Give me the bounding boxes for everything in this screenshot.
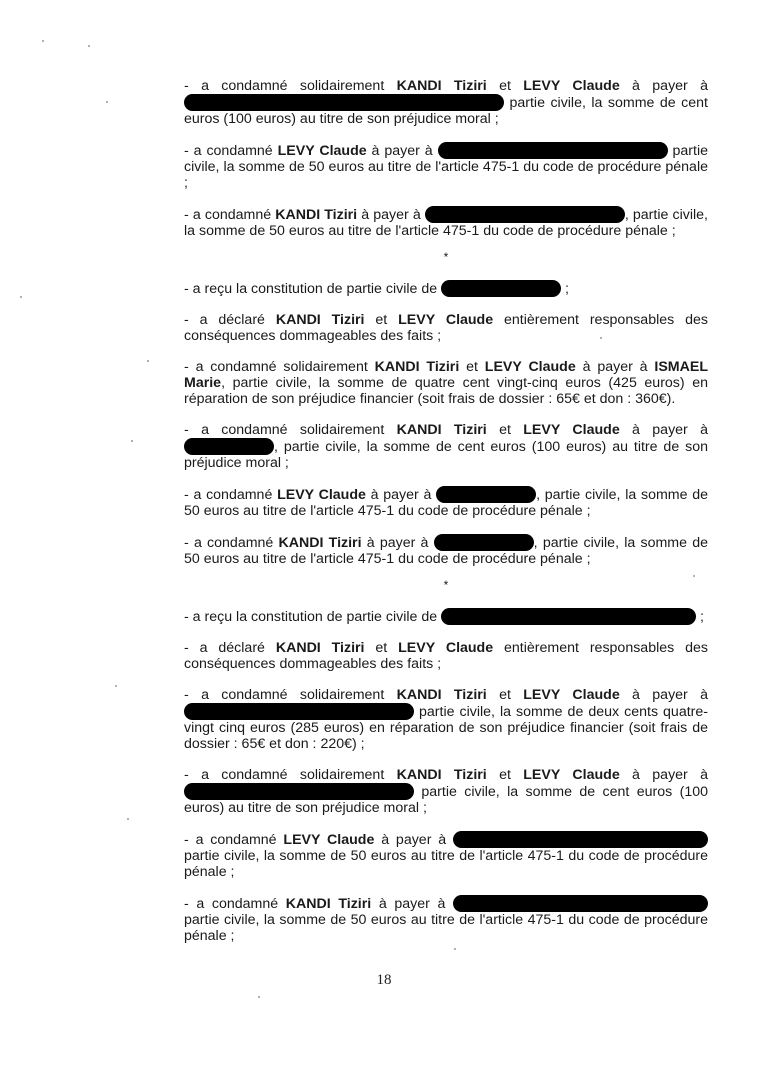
ruling-paragraph: - a reçu la constitution de partie civil… [184,608,708,625]
party-name: LEVY Claude [523,78,619,94]
scan-speck [131,440,133,442]
paragraph-text: à payer à [367,143,438,159]
paragraph-text: et [487,78,524,94]
redacted-name [434,534,534,551]
redacted-name [438,142,668,159]
paragraph-text: - a condamné solidairement [184,78,397,94]
party-name: KANDI Tiziri [397,767,487,783]
scan-speck [454,948,456,950]
paragraph-text: - a déclaré [184,640,276,656]
paragraph-text: partie civile, la somme de 50 euros au t… [184,912,708,944]
party-name: KANDI Tiziri [276,312,365,328]
paragraph-text: - a déclaré [184,312,276,328]
ruling-paragraph: - a condamné solidairement KANDI Tiziri … [184,687,708,752]
party-name: KANDI Tiziri [397,687,487,703]
party-name: LEVY Claude [485,359,576,375]
paragraph-text: - a condamné [184,207,275,223]
paragraph-text: partie civile, la somme de 50 euros au t… [184,848,708,880]
paragraph-text: et [459,359,485,375]
scan-speck [147,360,149,362]
redacted-name [453,895,708,912]
scan-speck [127,818,129,820]
section-separator: * [184,578,708,592]
party-name: KANDI Tiziri [279,535,362,551]
scan-speck [42,40,44,42]
party-name: KANDI Tiziri [276,640,365,656]
paragraph-text: à payer à [371,896,453,912]
ruling-paragraph: - a condamné LEVY Claude à payer à , par… [184,486,708,519]
paragraph-text: à payer à [374,832,453,848]
party-name: LEVY Claude [283,832,374,848]
party-name: LEVY Claude [398,312,493,328]
party-name: LEVY Claude [398,640,493,656]
paragraph-text: et [365,640,399,656]
ruling-paragraph: - a condamné KANDI Tiziri à payer à , pa… [184,206,708,239]
redacted-name [184,438,274,455]
scan-speck [115,685,117,687]
paragraph-text: - a condamné solidairement [184,359,375,375]
redacted-name [184,783,414,800]
redacted-name [441,608,696,625]
paragraph-text: - a condamné [184,143,278,159]
party-name: LEVY Claude [523,422,619,438]
ruling-paragraph: - a déclaré KANDI Tiziri et LEVY Claude … [184,640,708,672]
scan-speck [106,101,108,103]
paragraph-text: à payer à [620,78,708,94]
paragraph-text: - a condamné solidairement [184,687,397,703]
page-number: 18 [0,972,768,989]
scan-speck [88,45,90,47]
paragraph-text: - a condamné [184,896,286,912]
ruling-paragraph: - a condamné LEVY Claude à payer à parti… [184,831,708,880]
paragraph-text: et [487,767,524,783]
document-body: - a condamné solidairement KANDI Tiziri … [184,78,708,959]
paragraph-text: à payer à [576,359,655,375]
paragraph-text: à payer à [620,687,708,703]
party-name: KANDI Tiziri [286,896,371,912]
paragraph-text: - a condamné solidairement [184,767,397,783]
party-name: LEVY Claude [523,687,619,703]
paragraph-text: et [487,687,524,703]
scan-speck [693,575,695,577]
redacted-name [425,206,625,223]
party-name: LEVY Claude [523,767,619,783]
paragraph-text: à payer à [620,767,708,783]
ruling-paragraph: - a condamné solidairement KANDI Tiziri … [184,359,708,407]
scan-speck [258,996,260,998]
scan-speck [20,296,22,298]
scan-speck [600,337,602,339]
paragraph-text: , partie civile, la somme de quatre cent… [184,375,708,407]
paragraph-text: ; [696,609,704,625]
party-name: KANDI Tiziri [397,78,487,94]
paragraph-text: - a reçu la constitution de partie civil… [184,281,441,297]
paragraph-text: à payer à [357,207,425,223]
ruling-paragraph: - a déclaré KANDI Tiziri et LEVY Claude … [184,312,708,344]
paragraph-text: à payer à [366,487,436,503]
ruling-paragraph: - a reçu la constitution de partie civil… [184,280,708,297]
paragraph-text: - a condamné [184,487,277,503]
redacted-name [436,486,536,503]
paragraph-text: - a condamné [184,535,279,551]
paragraph-text: et [487,422,524,438]
party-name: KANDI Tiziri [397,422,487,438]
party-name: LEVY Claude [278,143,367,159]
redacted-name [441,280,561,297]
paragraph-text: à payer à [620,422,708,438]
ruling-paragraph: - a condamné LEVY Claude à payer à parti… [184,142,708,191]
paragraph-text: et [365,312,399,328]
paragraph-text: - a reçu la constitution de partie civil… [184,609,441,625]
redacted-name [184,703,414,720]
paragraph-text: - a condamné [184,832,283,848]
document-page: - a condamné solidairement KANDI Tiziri … [0,0,768,1086]
party-name: KANDI Tiziri [275,207,357,223]
paragraph-text: - a condamné solidairement [184,422,397,438]
paragraph-text: à payer à [362,535,434,551]
redacted-name [184,94,504,111]
paragraph-text: ; [561,281,569,297]
ruling-paragraph: - a condamné solidairement KANDI Tiziri … [184,422,708,471]
section-separator: * [184,250,708,264]
ruling-paragraph: - a condamné solidairement KANDI Tiziri … [184,767,708,816]
party-name: KANDI Tiziri [375,359,460,375]
ruling-paragraph: - a condamné KANDI Tiziri à payer à , pa… [184,534,708,567]
party-name: LEVY Claude [277,487,366,503]
redacted-name [453,831,708,848]
ruling-paragraph: - a condamné KANDI Tiziri à payer à part… [184,895,708,944]
ruling-paragraph: - a condamné solidairement KANDI Tiziri … [184,78,708,127]
